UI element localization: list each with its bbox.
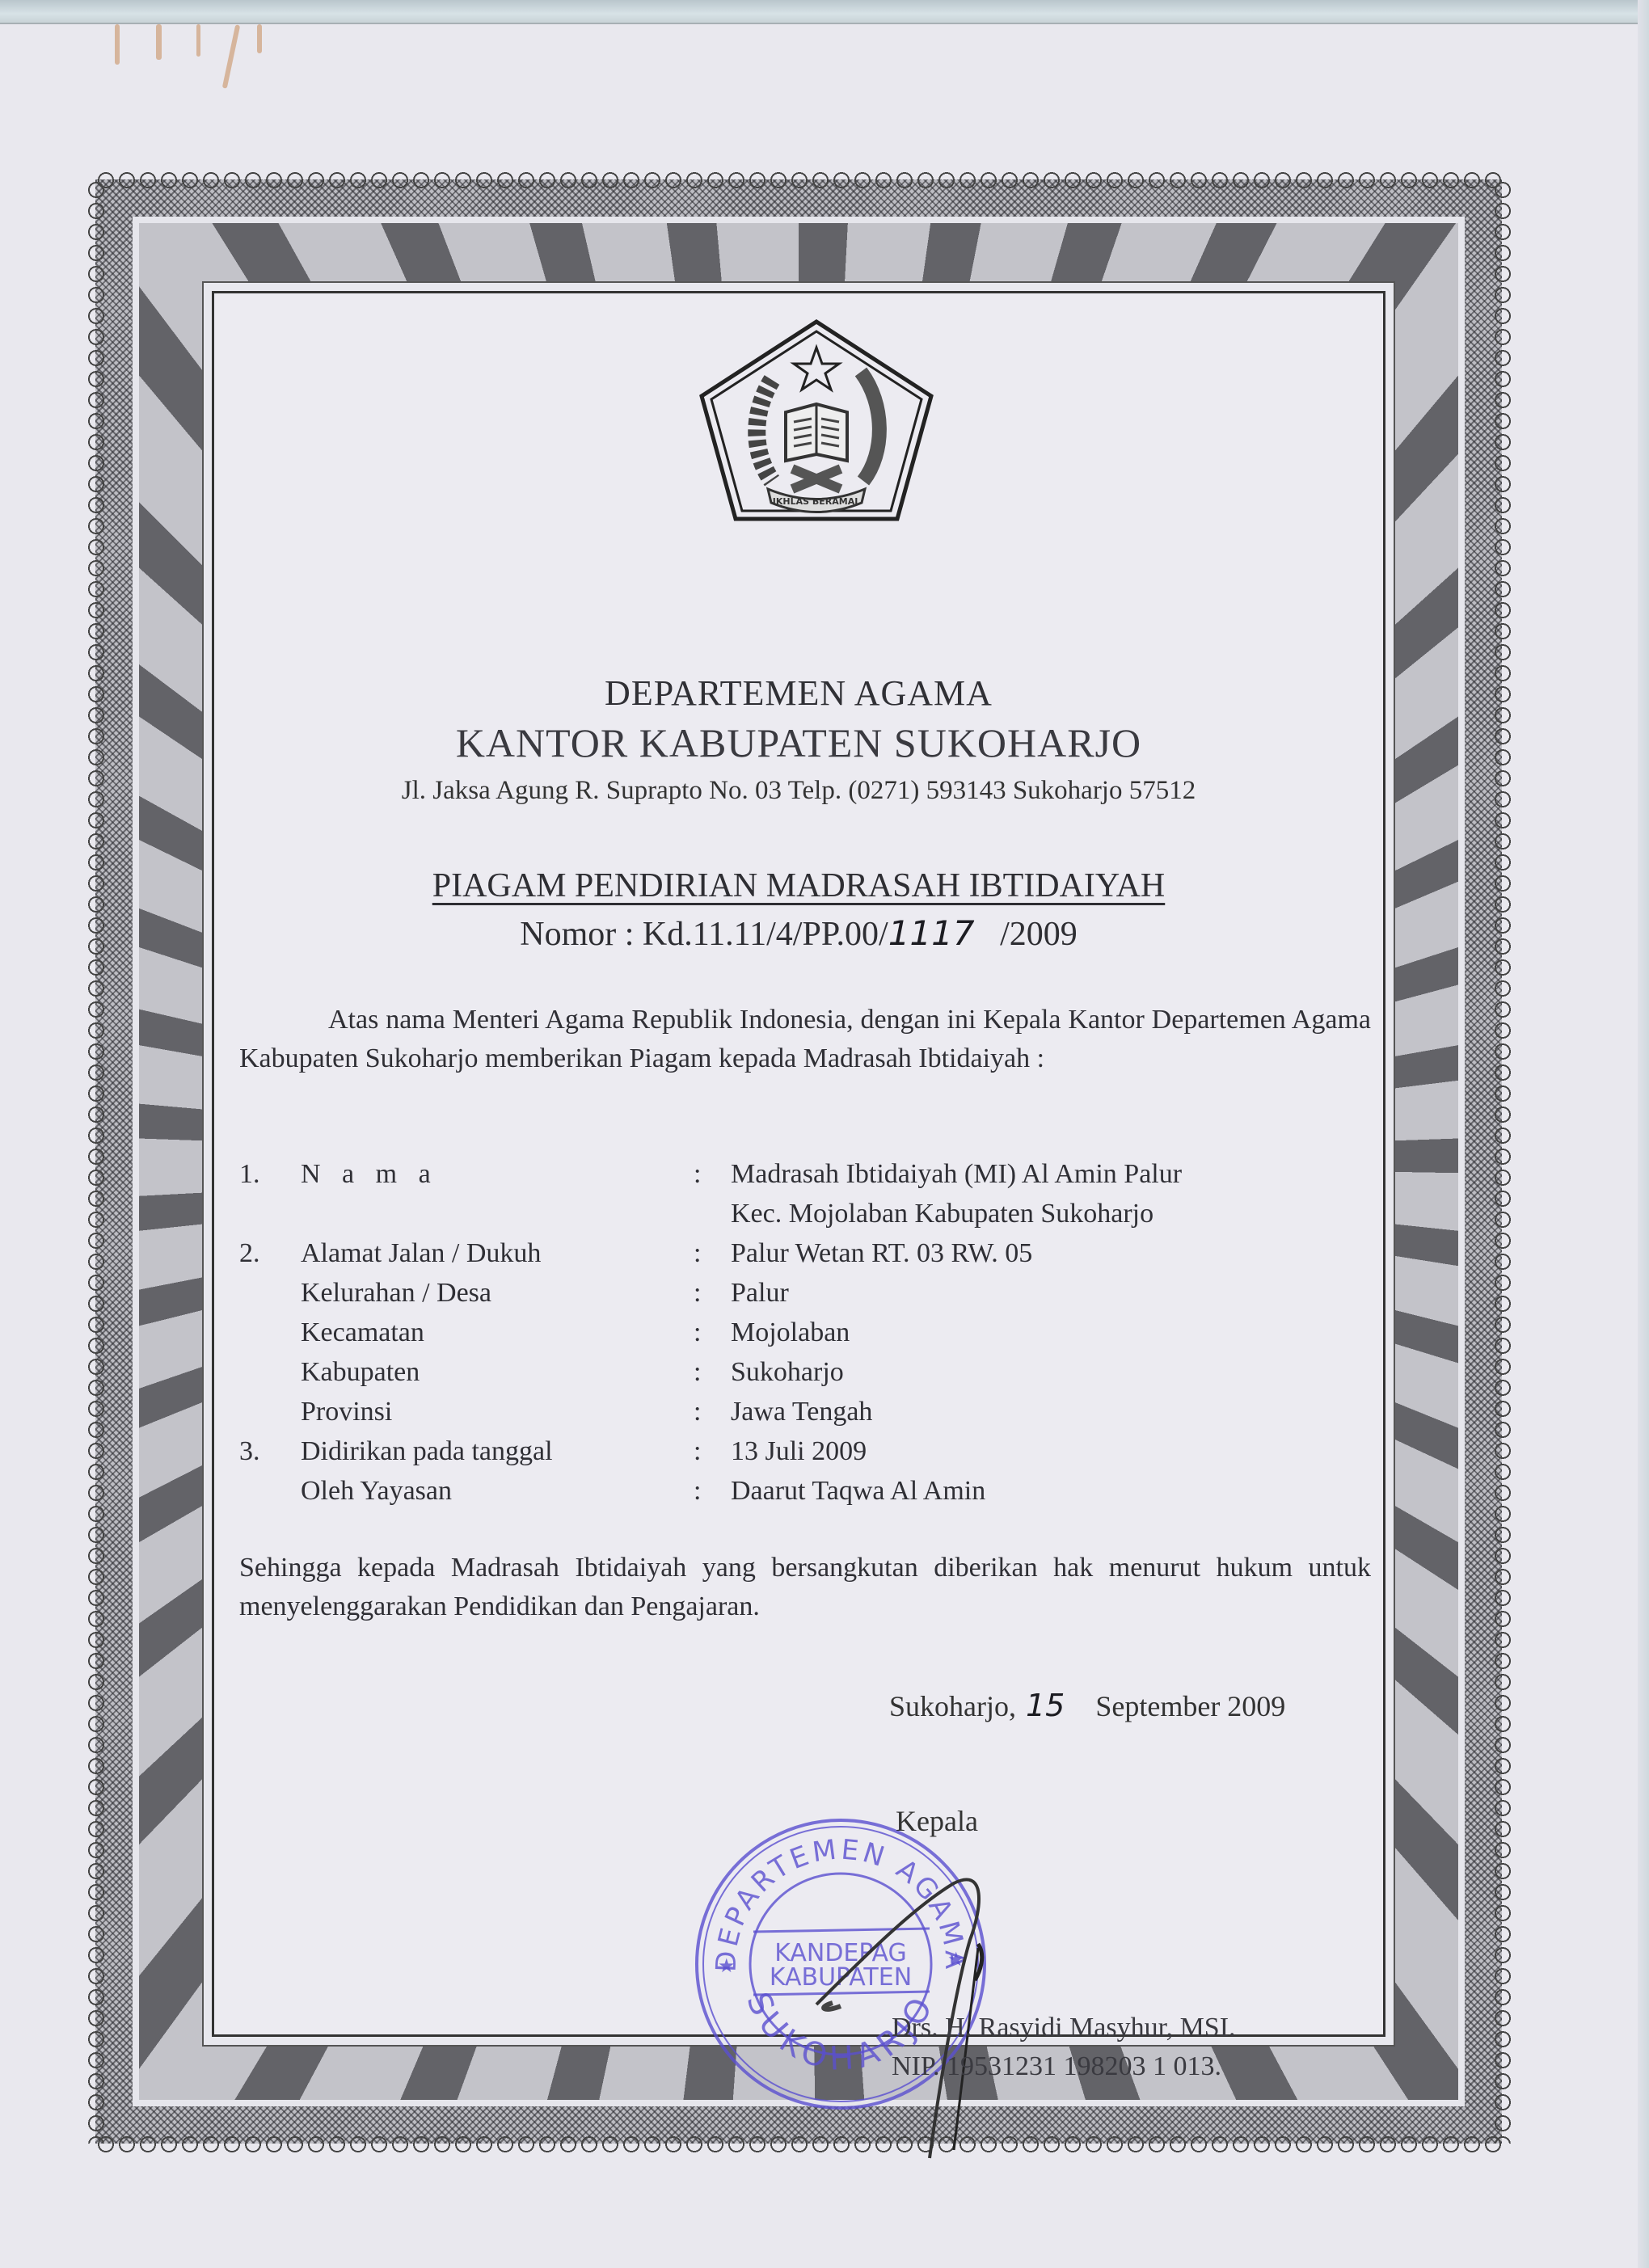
row-value: Mojolaban bbox=[731, 1313, 1371, 1352]
intro-paragraph: Atas nama Menteri Agama Republik Indones… bbox=[239, 1001, 1371, 1078]
row-value: Kec. Mojolaban Kabupaten Sukoharjo bbox=[731, 1194, 1371, 1233]
detail-row: 1.N a m a:Madrasah Ibtidaiyah (MI) Al Am… bbox=[239, 1154, 1371, 1194]
row-value: Madrasah Ibtidaiyah (MI) Al Amin Palur bbox=[731, 1154, 1371, 1194]
office-name: KANTOR KABUPATEN SUKOHARJO bbox=[212, 719, 1385, 766]
row-label: Provinsi bbox=[301, 1392, 694, 1431]
handwritten-number: 1117 bbox=[888, 913, 975, 953]
border-scallop bbox=[86, 179, 107, 2144]
row-colon: : bbox=[694, 1471, 731, 1511]
row-colon: : bbox=[694, 1233, 731, 1273]
svg-text:★: ★ bbox=[718, 1954, 736, 1977]
row-colon: : bbox=[694, 1273, 731, 1313]
row-colon: : bbox=[694, 1431, 731, 1471]
rust-stain bbox=[156, 24, 162, 60]
detail-row: Provinsi:Jawa Tengah bbox=[239, 1392, 1371, 1431]
detail-row: Kec. Mojolaban Kabupaten Sukoharjo bbox=[239, 1194, 1371, 1233]
row-colon: : bbox=[694, 1154, 731, 1194]
row-colon: : bbox=[694, 1313, 731, 1352]
row-number bbox=[239, 1194, 301, 1233]
handwritten-day: 15 bbox=[1026, 1688, 1065, 1723]
row-label: Kabupaten bbox=[301, 1352, 694, 1392]
scanner-edge-right bbox=[1638, 0, 1649, 2268]
detail-row: Kelurahan / Desa:Palur bbox=[239, 1273, 1371, 1313]
signatory-name: Drs. H. Rasyidi Masyhur, MSI. bbox=[892, 2013, 1236, 2043]
detail-row: 2.Alamat Jalan / Dukuh:Palur Wetan RT. 0… bbox=[239, 1233, 1371, 1273]
row-value: Palur Wetan RT. 03 RW. 05 bbox=[731, 1233, 1371, 1273]
rust-stain bbox=[196, 24, 200, 57]
scanner-edge bbox=[0, 0, 1649, 24]
row-label bbox=[301, 1194, 694, 1233]
closing-paragraph: Sehingga kepada Madrasah Ibtidaiyah yang… bbox=[239, 1549, 1371, 1626]
place-and-date: Sukoharjo,15September 2009 bbox=[889, 1688, 1285, 1723]
row-colon: : bbox=[694, 1392, 731, 1431]
row-value: 13 Juli 2009 bbox=[731, 1431, 1371, 1471]
row-value: Jawa Tengah bbox=[731, 1392, 1371, 1431]
office-address: Jl. Jaksa Agung R. Suprapto No. 03 Telp.… bbox=[212, 776, 1385, 806]
row-number bbox=[239, 1392, 301, 1431]
row-label: Didirikan pada tanggal bbox=[301, 1431, 694, 1471]
row-value: Sukoharjo bbox=[731, 1352, 1371, 1392]
certificate-number: Nomor : Kd.11.11/4/PP.00/1117 /2009 bbox=[212, 913, 1385, 954]
row-label: Oleh Yayasan bbox=[301, 1471, 694, 1511]
certificate-title: PIAGAM PENDIRIAN MADRASAH IBTIDAIYAH bbox=[212, 866, 1385, 905]
row-label: Kecamatan bbox=[301, 1313, 694, 1352]
rust-stain bbox=[115, 24, 120, 65]
row-number: 2. bbox=[239, 1233, 301, 1273]
row-colon: : bbox=[694, 1352, 731, 1392]
row-number bbox=[239, 1273, 301, 1313]
kementerian-agama-emblem-icon: IKHLAS BERAMAL bbox=[695, 315, 938, 525]
row-value: Daarut Taqwa Al Amin bbox=[731, 1471, 1371, 1511]
row-number bbox=[239, 1313, 301, 1352]
detail-row: Kabupaten:Sukoharjo bbox=[239, 1352, 1371, 1392]
school-details: 1.N a m a:Madrasah Ibtidaiyah (MI) Al Am… bbox=[239, 1154, 1371, 1511]
signatory-title: Kepala bbox=[896, 1804, 978, 1838]
row-value: Palur bbox=[731, 1273, 1371, 1313]
row-number bbox=[239, 1352, 301, 1392]
border-scallop bbox=[95, 170, 1502, 191]
rust-stain bbox=[222, 24, 241, 88]
row-number: 1. bbox=[239, 1154, 301, 1194]
rust-stain bbox=[257, 24, 262, 53]
detail-row: Oleh Yayasan:Daarut Taqwa Al Amin bbox=[239, 1471, 1371, 1511]
row-number: 3. bbox=[239, 1431, 301, 1471]
row-colon bbox=[694, 1194, 731, 1233]
row-label: Kelurahan / Desa bbox=[301, 1273, 694, 1313]
svg-text:IKHLAS BERAMAL: IKHLAS BERAMAL bbox=[773, 496, 860, 507]
row-number bbox=[239, 1471, 301, 1511]
border-scallop bbox=[1492, 179, 1513, 2144]
detail-row: 3.Didirikan pada tanggal:13 Juli 2009 bbox=[239, 1431, 1371, 1471]
row-label: Alamat Jalan / Dukuh bbox=[301, 1233, 694, 1273]
department-name: DEPARTEMEN AGAMA bbox=[212, 672, 1385, 714]
row-label: N a m a bbox=[301, 1154, 694, 1194]
detail-row: Kecamatan:Mojolaban bbox=[239, 1313, 1371, 1352]
signatory-nip: NIP. 19531231 198203 1 013. bbox=[892, 2051, 1221, 2082]
